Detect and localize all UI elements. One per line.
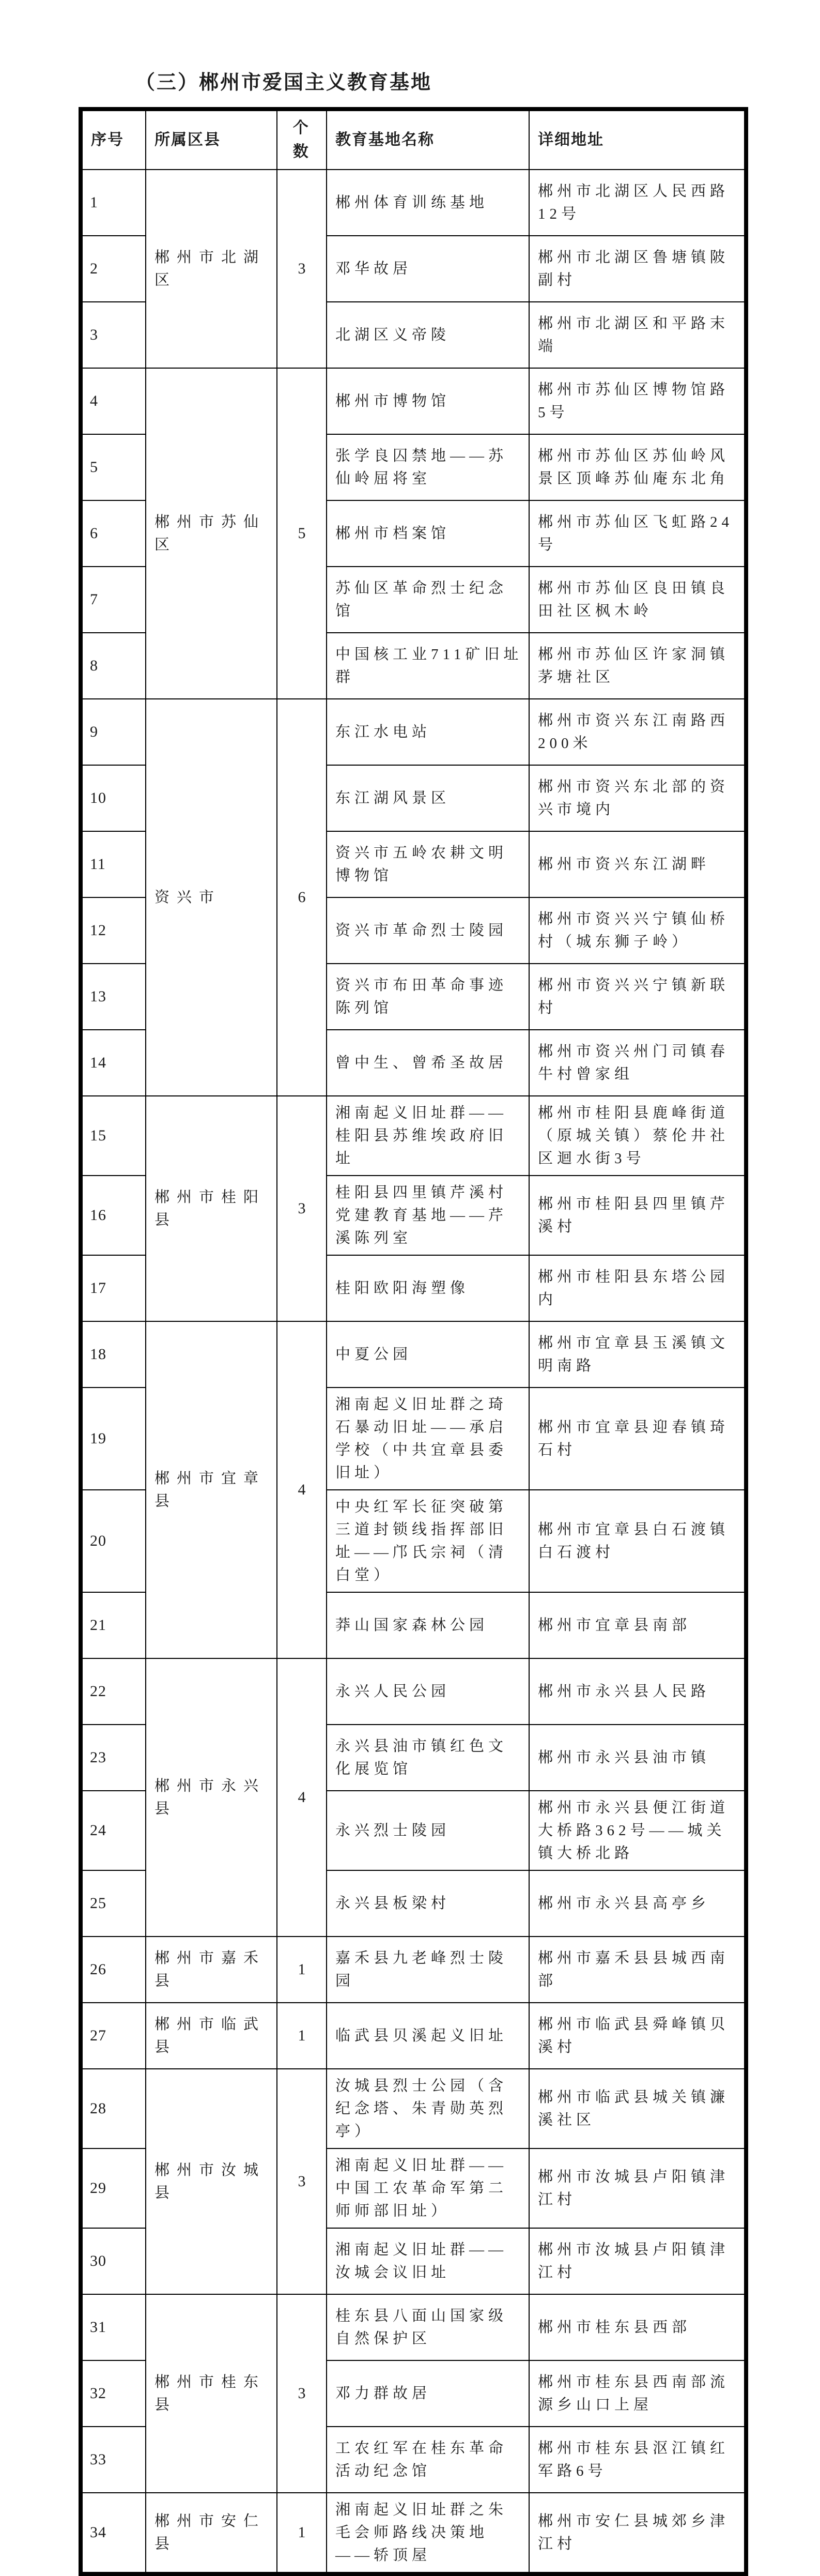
- row-number: 6: [81, 500, 146, 567]
- base-name: 湘南起义旧址群之朱毛会师路线决策地——轿顶屋: [327, 2493, 529, 2574]
- base-address: 郴州市永兴县高亭乡: [529, 1870, 746, 1937]
- row-number: 7: [81, 567, 146, 633]
- row-number: 12: [81, 897, 146, 964]
- count-cell: 4: [277, 1658, 327, 1937]
- base-name: 湘南起义旧址群——中国工农革命军第二师师部旧址）: [327, 2148, 529, 2228]
- base-name: 临武县贝溪起义旧址: [327, 2003, 529, 2069]
- base-name: 桂东县八面山国家级自然保护区: [327, 2294, 529, 2360]
- base-address: 郴州市苏仙区飞虹路24号: [529, 500, 746, 567]
- col-header-address: 详细地址: [529, 109, 746, 170]
- table-row: 1 郴州市北湖区 3 郴州体育训练基地 郴州市北湖区人民西路12号: [81, 170, 746, 236]
- base-address: 郴州市汝城县卢阳镇津江村: [529, 2228, 746, 2294]
- document-body: （三）郴州市爱国主义教育基地 序号 所属区县 个数 教育基地名称 详细地址 1 …: [0, 0, 820, 2576]
- row-number: 1: [81, 170, 146, 236]
- base-name: 桂阳县四里镇芹溪村党建教育基地——芹溪陈列室: [327, 1176, 529, 1255]
- base-name: 永兴烈士陵园: [327, 1791, 529, 1870]
- row-number: 33: [81, 2427, 146, 2493]
- base-address: 郴州市桂阳县东塔公园内: [529, 1255, 746, 1321]
- count-cell: 3: [277, 170, 327, 368]
- count-cell: 3: [277, 1096, 327, 1321]
- table-row: 15 郴州市桂阳县 3 湘南起义旧址群——桂阳县苏维埃政府旧址 郴州市桂阳县鹿峰…: [81, 1096, 746, 1176]
- table-row: 18 郴州市宜章县 4 中夏公园 郴州市宜章县玉溪镇文明南路: [81, 1321, 746, 1388]
- row-number: 31: [81, 2294, 146, 2360]
- education-base-table: 序号 所属区县 个数 教育基地名称 详细地址 1 郴州市北湖区 3 郴州体育训练…: [79, 107, 748, 2576]
- base-address: 郴州市宜章县迎春镇琦石村: [529, 1388, 746, 1490]
- table-row: 9 资兴市 6 东江水电站 郴州市资兴东江南路西200米: [81, 699, 746, 765]
- row-number: 3: [81, 302, 146, 368]
- base-address: 郴州市桂阳县鹿峰街道（原城关镇）蔡伦井社区迴水街3号: [529, 1096, 746, 1176]
- base-address: 郴州市资兴州门司镇春牛村曾家组: [529, 1030, 746, 1096]
- base-address: 郴州市宜章县玉溪镇文明南路: [529, 1321, 746, 1388]
- table-row: 22 郴州市永兴县 4 永兴人民公园 郴州市永兴县人民路: [81, 1658, 746, 1725]
- district-cell: 郴州市北湖区: [146, 170, 277, 368]
- base-name: 邓华故居: [327, 236, 529, 302]
- district-cell: 郴州市桂阳县: [146, 1096, 277, 1321]
- col-header-count-label: 个数: [293, 116, 311, 164]
- base-address: 郴州市桂阳县四里镇芹溪村: [529, 1176, 746, 1255]
- base-address: 郴州市资兴兴宁镇仙桥村（城东狮子岭）: [529, 897, 746, 964]
- district-cell: 郴州市汝城县: [146, 2069, 277, 2294]
- row-number: 19: [81, 1388, 146, 1490]
- base-address: 郴州市苏仙区许家洞镇茅塘社区: [529, 633, 746, 699]
- base-address: 郴州市资兴兴宁镇新联村: [529, 964, 746, 1030]
- table-row: 4 郴州市苏仙区 5 郴州市博物馆 郴州市苏仙区博物馆路5号: [81, 368, 746, 434]
- district-cell: 郴州市永兴县: [146, 1658, 277, 1937]
- district-cell: 郴州市嘉禾县: [146, 1937, 277, 2003]
- base-address: 郴州市安仁县城郊乡津江村: [529, 2493, 746, 2574]
- district-cell: 郴州市苏仙区: [146, 368, 277, 699]
- base-address: 郴州市苏仙区苏仙岭风景区顶峰苏仙庵东北角: [529, 434, 746, 500]
- row-number: 4: [81, 368, 146, 434]
- count-cell: 3: [277, 2069, 327, 2294]
- base-address: 郴州市宜章县南部: [529, 1592, 746, 1658]
- count-cell: 1: [277, 2003, 327, 2069]
- base-name: 中夏公园: [327, 1321, 529, 1388]
- base-address: 郴州市桂东县沤江镇红军路6号: [529, 2427, 746, 2493]
- district-cell: 郴州市宜章县: [146, 1321, 277, 1658]
- table-row: 27 郴州市临武县 1 临武县贝溪起义旧址 郴州市临武县舜峰镇贝溪村: [81, 2003, 746, 2069]
- row-number: 5: [81, 434, 146, 500]
- count-cell: 5: [277, 368, 327, 699]
- row-number: 29: [81, 2148, 146, 2228]
- row-number: 34: [81, 2493, 146, 2574]
- row-number: 22: [81, 1658, 146, 1725]
- count-cell: 6: [277, 699, 327, 1096]
- base-name: 永兴人民公园: [327, 1658, 529, 1725]
- base-name: 莽山国家森林公园: [327, 1592, 529, 1658]
- row-number: 24: [81, 1791, 146, 1870]
- row-number: 11: [81, 831, 146, 897]
- district-cell: 郴州市临武县: [146, 2003, 277, 2069]
- base-address: 郴州市桂东县西南部流源乡山口上屋: [529, 2360, 746, 2427]
- district-cell: 郴州市安仁县: [146, 2493, 277, 2574]
- base-address: 郴州市汝城县卢阳镇津江村: [529, 2148, 746, 2228]
- base-name: 工农红军在桂东革命活动纪念馆: [327, 2427, 529, 2493]
- base-name: 桂阳欧阳海塑像: [327, 1255, 529, 1321]
- row-number: 10: [81, 765, 146, 831]
- row-number: 13: [81, 964, 146, 1030]
- base-name: 苏仙区革命烈士纪念馆: [327, 567, 529, 633]
- base-address: 郴州市宜章县白石渡镇白石渡村: [529, 1490, 746, 1592]
- base-address: 郴州市桂东县西部: [529, 2294, 746, 2360]
- base-name: 北湖区义帝陵: [327, 302, 529, 368]
- row-number: 20: [81, 1490, 146, 1592]
- row-number: 26: [81, 1937, 146, 2003]
- count-cell: 1: [277, 1937, 327, 2003]
- base-name: 张学良囚禁地——苏仙岭屈将室: [327, 434, 529, 500]
- base-name: 湘南起义旧址群——汝城会议旧址: [327, 2228, 529, 2294]
- base-name: 东江水电站: [327, 699, 529, 765]
- base-address: 郴州市苏仙区良田镇良田社区枫木岭: [529, 567, 746, 633]
- row-number: 8: [81, 633, 146, 699]
- base-address: 郴州市临武县城关镇濂溪社区: [529, 2069, 746, 2148]
- count-cell: 1: [277, 2493, 327, 2574]
- base-name: 资兴市五岭农耕文明博物馆: [327, 831, 529, 897]
- table-row: 31 郴州市桂东县 3 桂东县八面山国家级自然保护区 郴州市桂东县西部: [81, 2294, 746, 2360]
- row-number: 23: [81, 1725, 146, 1791]
- table-header-row: 序号 所属区县 个数 教育基地名称 详细地址: [81, 109, 746, 170]
- row-number: 17: [81, 1255, 146, 1321]
- row-number: 27: [81, 2003, 146, 2069]
- district-cell: 郴州市桂东县: [146, 2294, 277, 2493]
- base-name: 资兴市布田革命事迹陈列馆: [327, 964, 529, 1030]
- row-number: 18: [81, 1321, 146, 1388]
- col-header-count: 个数: [277, 109, 327, 170]
- row-number: 25: [81, 1870, 146, 1937]
- base-name: 资兴市革命烈士陵园: [327, 897, 529, 964]
- base-name: 湘南起义旧址群——桂阳县苏维埃政府旧址: [327, 1096, 529, 1176]
- page-title: （三）郴州市爱国主义教育基地: [135, 66, 820, 95]
- base-address: 郴州市嘉禾县县城西南部: [529, 1937, 746, 2003]
- base-name: 郴州市博物馆: [327, 368, 529, 434]
- base-name: 汝城县烈士公园（含纪念塔、朱青勋英烈亭）: [327, 2069, 529, 2148]
- base-address: 郴州市北湖区人民西路12号: [529, 170, 746, 236]
- row-number: 21: [81, 1592, 146, 1658]
- row-number: 9: [81, 699, 146, 765]
- base-address: 郴州市北湖区和平路末端: [529, 302, 746, 368]
- district-cell: 资兴市: [146, 699, 277, 1096]
- document-page: { "title": "（三）郴州市爱国主义教育基地", "colors": {…: [0, 0, 820, 2434]
- base-address: 郴州市苏仙区博物馆路5号: [529, 368, 746, 434]
- table-row: 28 郴州市汝城县 3 汝城县烈士公园（含纪念塔、朱青勋英烈亭） 郴州市临武县城…: [81, 2069, 746, 2148]
- col-header-no: 序号: [81, 109, 146, 170]
- base-name: 曾中生、曾希圣故居: [327, 1030, 529, 1096]
- base-name: 邓力群故居: [327, 2360, 529, 2427]
- base-name: 湘南起义旧址群之琦石暴动旧址——承启学校（中共宜章县委旧址）: [327, 1388, 529, 1490]
- base-name: 永兴县油市镇红色文化展览馆: [327, 1725, 529, 1791]
- base-name: 郴州市档案馆: [327, 500, 529, 567]
- row-number: 32: [81, 2360, 146, 2427]
- row-number: 14: [81, 1030, 146, 1096]
- base-name: 东江湖风景区: [327, 765, 529, 831]
- count-cell: 4: [277, 1321, 327, 1658]
- base-name: 永兴县板梁村: [327, 1870, 529, 1937]
- col-header-district: 所属区县: [146, 109, 277, 170]
- base-address: 郴州市临武县舜峰镇贝溪村: [529, 2003, 746, 2069]
- base-address: 郴州市永兴县便江街道大桥路362号——城关镇大桥北路: [529, 1791, 746, 1870]
- base-name: 中国核工业711矿旧址群: [327, 633, 529, 699]
- row-number: 28: [81, 2069, 146, 2148]
- base-name: 嘉禾县九老峰烈士陵园: [327, 1937, 529, 2003]
- base-address: 郴州市资兴东江湖畔: [529, 831, 746, 897]
- base-address: 郴州市资兴东江南路西200米: [529, 699, 746, 765]
- col-header-name: 教育基地名称: [327, 109, 529, 170]
- row-number: 16: [81, 1176, 146, 1255]
- row-number: 30: [81, 2228, 146, 2294]
- row-number: 15: [81, 1096, 146, 1176]
- table-row: 34 郴州市安仁县 1 湘南起义旧址群之朱毛会师路线决策地——轿顶屋 郴州市安仁…: [81, 2493, 746, 2574]
- base-address: 郴州市资兴东北部的资兴市境内: [529, 765, 746, 831]
- table-row: 26 郴州市嘉禾县 1 嘉禾县九老峰烈士陵园 郴州市嘉禾县县城西南部: [81, 1937, 746, 2003]
- base-address: 郴州市永兴县人民路: [529, 1658, 746, 1725]
- count-cell: 3: [277, 2294, 327, 2493]
- base-name: 中央红军长征突破第三道封锁线指挥部旧址——邝氏宗祠（清白堂）: [327, 1490, 529, 1592]
- base-address: 郴州市北湖区鲁塘镇陂副村: [529, 236, 746, 302]
- row-number: 2: [81, 236, 146, 302]
- base-name: 郴州体育训练基地: [327, 170, 529, 236]
- base-address: 郴州市永兴县油市镇: [529, 1725, 746, 1791]
